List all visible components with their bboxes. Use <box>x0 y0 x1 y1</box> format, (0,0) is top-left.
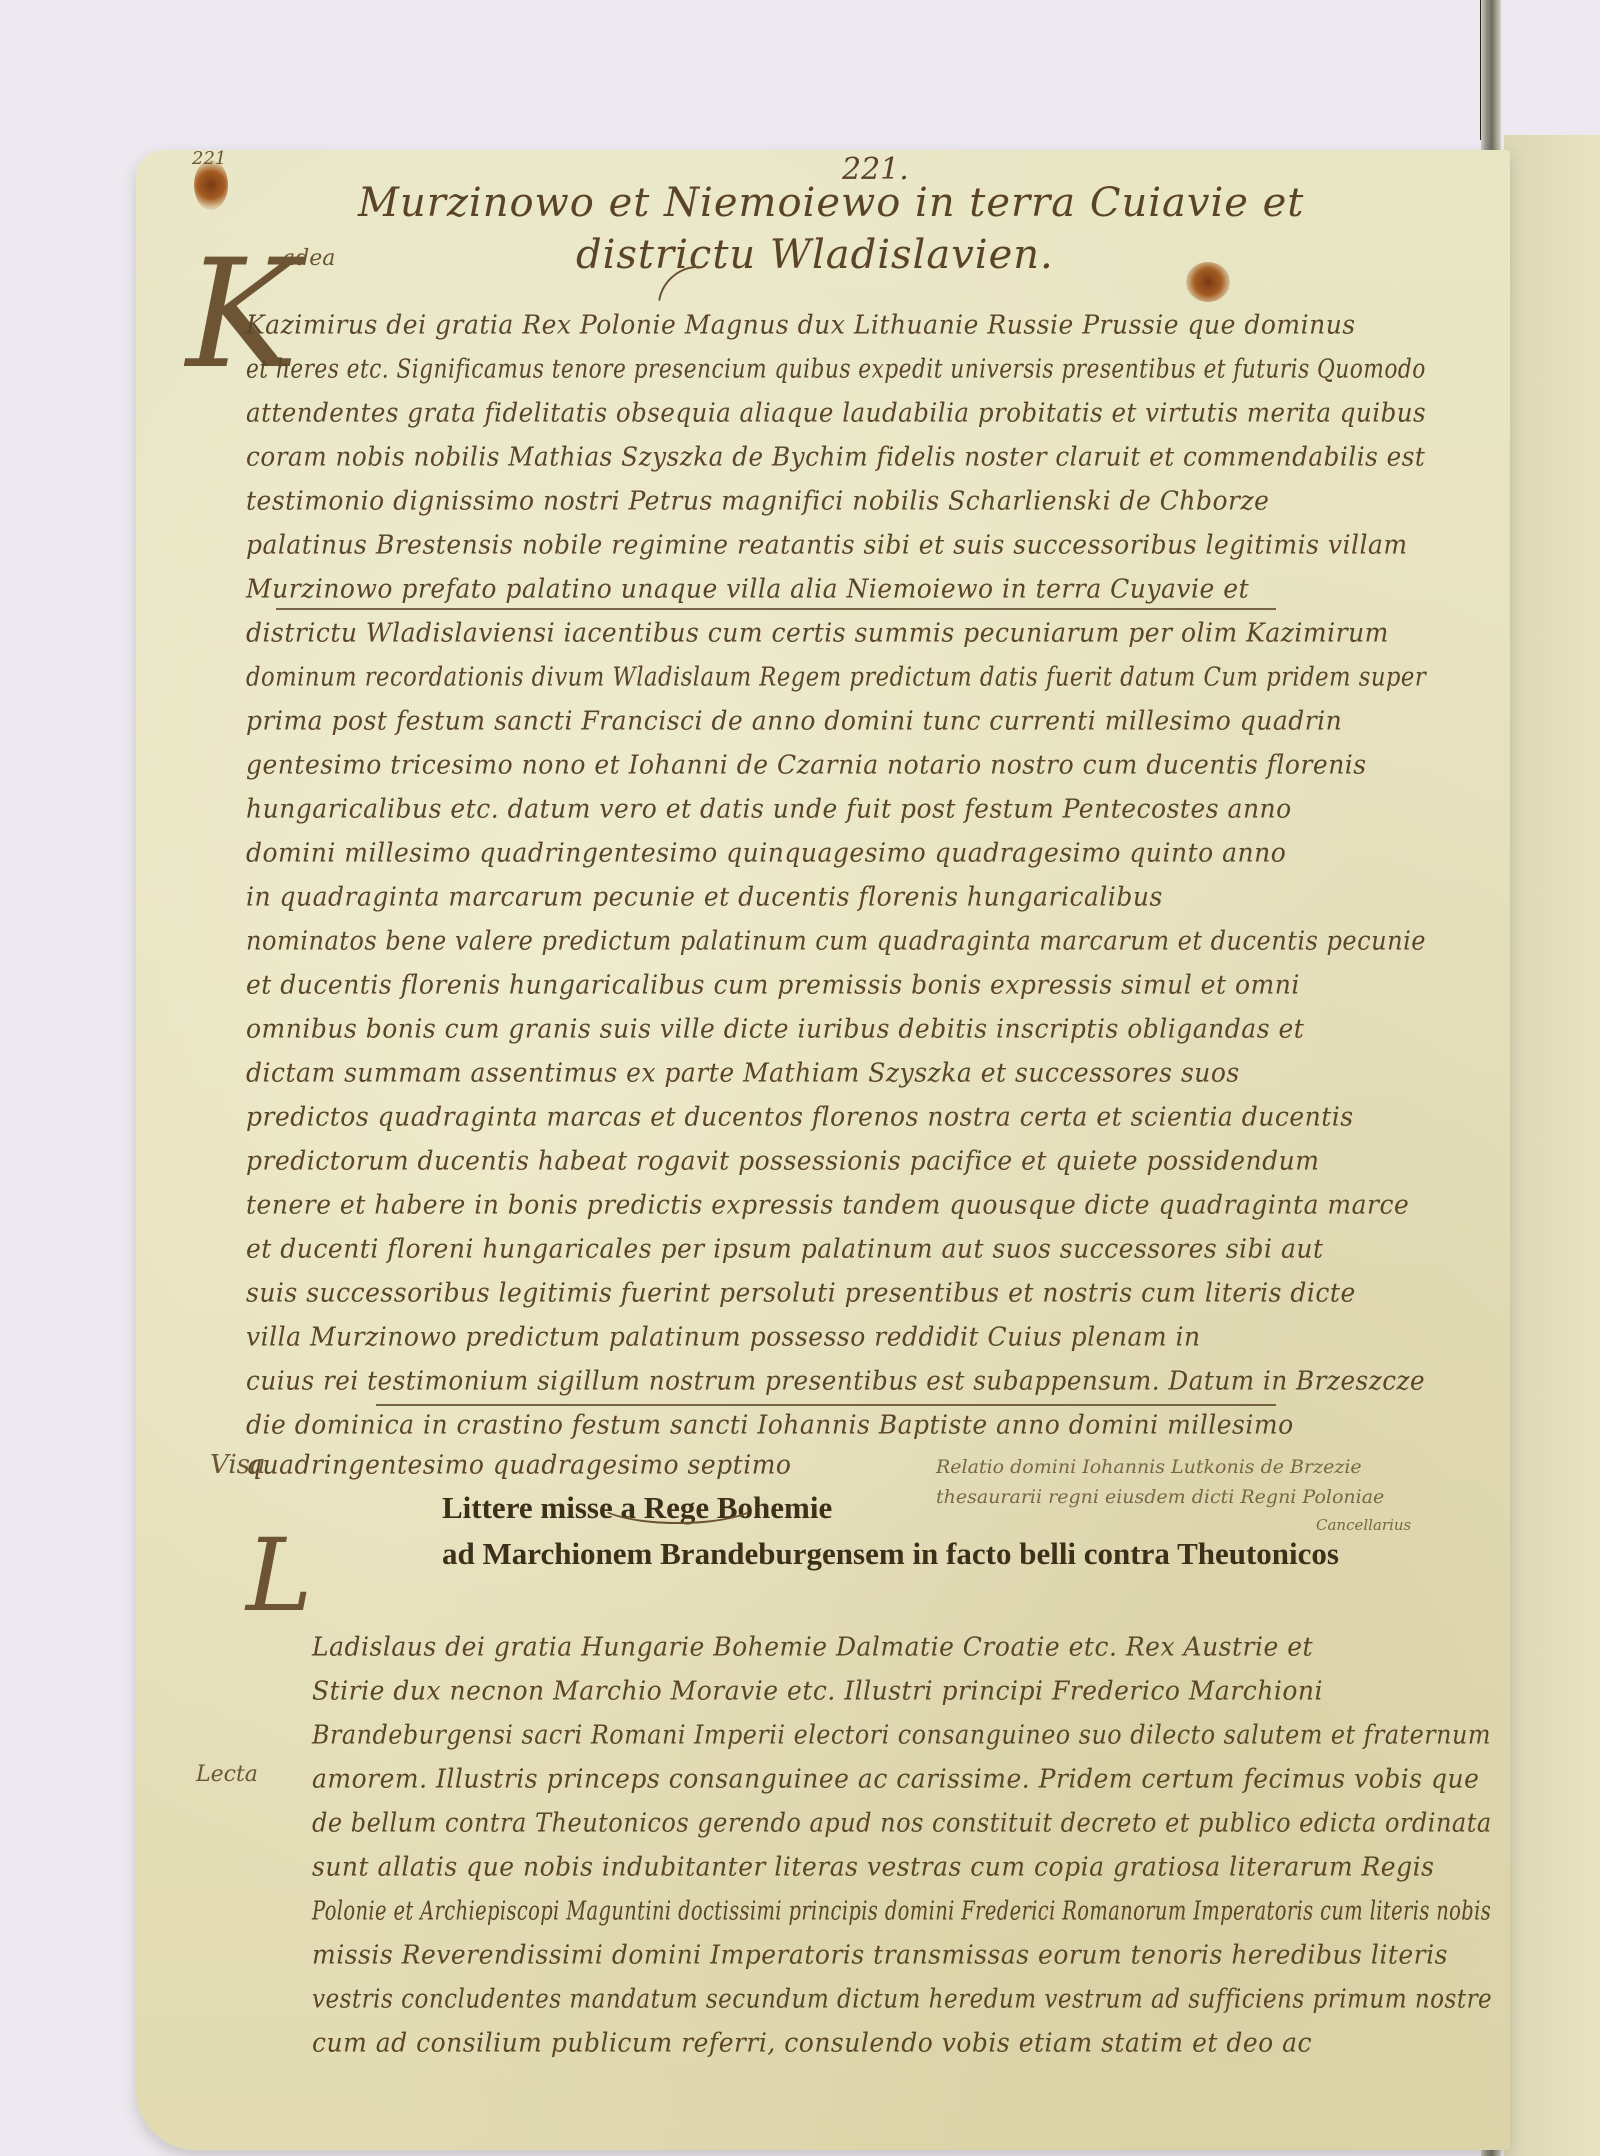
body-line: hungaricalibus etc. datum vero et datis … <box>246 793 1292 823</box>
body-line: predictorum ducentis habeat rogavit poss… <box>246 1145 1319 1175</box>
margin-note-lecta: Lecta <box>196 1762 258 1787</box>
body-line: omnibus bonis cum granis suis ville dict… <box>246 1013 1304 1043</box>
body-line: palatinus Brestensis nobile regimine rea… <box>246 529 1408 559</box>
ink-stain-top-right <box>1186 262 1230 302</box>
relator-note-line2: thesaurarii regni eiusdem dicti Regni Po… <box>936 1486 1384 1508</box>
body-line: dictam summam assentimus ex parte Mathia… <box>246 1057 1240 1087</box>
manuscript-page: 221 221. Murzinowo et Niemoiewo in terra… <box>136 150 1510 2150</box>
body-line: Murzinowo prefato palatino unaque villa … <box>246 573 1249 603</box>
body-line: de bellum contra Theutonicos gerendo apu… <box>312 1807 1492 1837</box>
rubric-line2: ad Marchionem Brandeburgensem in facto b… <box>442 1536 1339 1572</box>
flourish-ornament <box>596 1480 760 1524</box>
body-line: amorem. Illustris princeps consanguinee … <box>312 1763 1479 1793</box>
margin-note-visa: Visa <box>210 1450 265 1480</box>
underline-rule <box>276 608 1276 610</box>
underline-rule <box>376 1404 1276 1406</box>
section-heading-line1: Murzinowo et Niemoiewo in terra Cuiavie … <box>358 180 1304 226</box>
section-heading-line2: districtu Wladislavien. <box>576 232 1054 278</box>
decorated-initial-l: L <box>246 1526 312 1626</box>
body-line: suis successoribus legitimis fuerint per… <box>246 1277 1356 1307</box>
body-line: die dominica in crastino festum sancti I… <box>246 1409 1294 1439</box>
body-line: quadringentesimo quadragesimo septimo <box>246 1449 791 1479</box>
body-line: tenere et habere in bonis predictis expr… <box>246 1189 1409 1219</box>
body-line: dominum recordationis divum Wladislaum R… <box>246 661 1426 691</box>
relator-note-line1: Relatio domini Iohannis Lutkonis de Brze… <box>936 1456 1362 1478</box>
body-line: et heres etc. Significamus tenore presen… <box>246 353 1426 383</box>
body-line: Stirie dux necnon Marchio Moravie etc. I… <box>312 1675 1323 1705</box>
body-line: villa Murzinowo predictum palatinum poss… <box>246 1321 1201 1351</box>
body-line: cum ad consilium publicum referri, consu… <box>312 2027 1312 2057</box>
facing-page-edge <box>1504 135 1600 2156</box>
body-line: cuius rei testimonium sigillum nostrum p… <box>246 1365 1425 1395</box>
body-line: in quadraginta marcarum pecunie et ducen… <box>246 881 1163 911</box>
body-line: predictos quadraginta marcas et ducentos… <box>246 1101 1354 1131</box>
body-line: gentesimo tricesimo nono et Iohanni de C… <box>246 749 1367 779</box>
body-line: et ducentis florenis hungaricalibus cum … <box>246 969 1300 999</box>
body-line: Ladislaus dei gratia Hungarie Bohemie Da… <box>312 1631 1313 1661</box>
body-line: nominatos bene valere predictum palatinu… <box>246 925 1426 955</box>
body-line: vestris concludentes mandatum secundum d… <box>312 1983 1492 2013</box>
body-line: Kazimirus dei gratia Rex Polonie Magnus … <box>246 309 1356 339</box>
relator-note-line3: Cancellarius <box>1316 1516 1411 1534</box>
body-line: prima post festum sancti Francisci de an… <box>246 705 1342 735</box>
body-line: et ducenti floreni hungaricales per ipsu… <box>246 1233 1324 1263</box>
body-line: sunt allatis que nobis indubitanter lite… <box>312 1851 1434 1881</box>
body-line: missis Reverendissimi domini Imperatoris… <box>312 1939 1448 1969</box>
body-line: attendentes grata fidelitatis obsequia a… <box>246 397 1426 427</box>
body-line: Polonie et Archiepiscopi Maguntini docti… <box>312 1895 1491 1925</box>
corner-folio-number: 221 <box>192 148 226 169</box>
body-line: coram nobis nobilis Mathias Szyszka de B… <box>246 441 1425 471</box>
body-line: testimonio dignissimo nostri Petrus magn… <box>246 485 1269 515</box>
body-line: domini millesimo quadringentesimo quinqu… <box>246 837 1286 867</box>
body-line: Brandeburgensi sacri Romani Imperii elec… <box>312 1719 1491 1749</box>
body-line: districtu Wladislaviensi iacentibus cum … <box>246 617 1389 647</box>
